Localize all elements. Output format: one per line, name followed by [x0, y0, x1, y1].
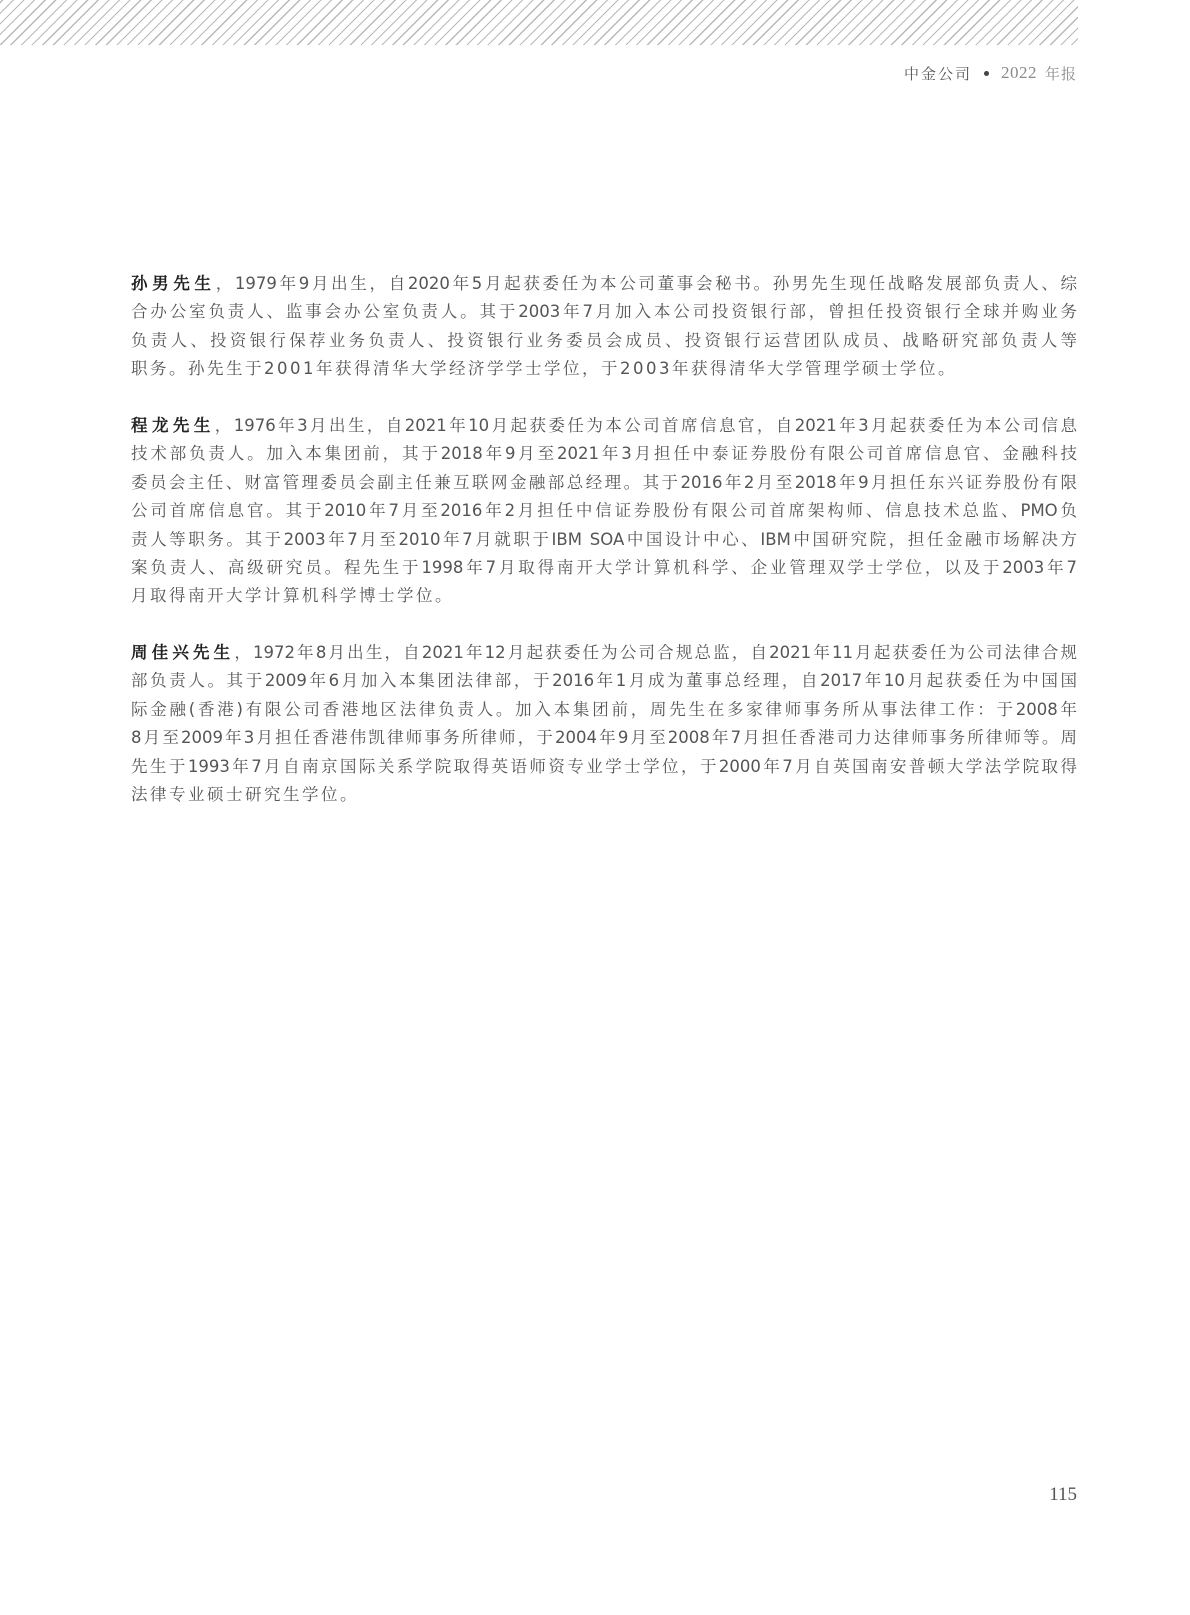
- bio-line: 责人等职务。其于2003年7月至2010年7月就职于IBM SOA中国设计中心、…: [131, 526, 1077, 554]
- header-report-label: 年报: [1045, 63, 1077, 84]
- bio-line: 程龙先生，1976年3月出生，自2021年10月起获委任为本公司首席信息官，自2…: [131, 412, 1077, 440]
- header-company-name: 中金公司: [904, 63, 972, 84]
- page-number: 115: [1049, 1484, 1077, 1506]
- bio-line: 部负责人。其于2009年6月加入本集团法律部，于2016年1月成为董事总经理，自…: [131, 667, 1077, 695]
- bio-line: 法律专业硕士研究生学位。: [131, 781, 1077, 809]
- bio-paragraph-cheng-long: 程龙先生，1976年3月出生，自2021年10月起获委任为本公司首席信息官，自2…: [131, 412, 1077, 611]
- bio-line: 月取得南开大学计算机科学博士学位。: [131, 582, 1077, 610]
- bio-line-text: ，1972年8月出生，自2021年12月起获委任为公司合规总监，自2021年11…: [234, 643, 1077, 662]
- bio-line: 公司首席信息官。其于2010年7月至2016年2月担任中信证券股份有限公司首席架…: [131, 497, 1077, 525]
- running-header: 中金公司 2022 年报: [904, 61, 1077, 85]
- bio-line: 合办公室负责人、监事会办公室负责人。其于2003年7月加入本公司投资银行部，曾担…: [131, 298, 1077, 326]
- bio-line: 8月至2009年3月担任香港伟凯律师事务所律师，于2004年9月至2008年7月…: [131, 724, 1077, 752]
- bio-line: 案负责人、高级研究员。程先生于1998年7月取得南开大学计算机科学、企业管理双学…: [131, 554, 1077, 582]
- bio-name: 孙男先生: [131, 274, 216, 293]
- biographies-section: 孙男先生，1979年9月出生，自2020年5月起获委任为本公司董事会秘书。孙男先…: [131, 270, 1077, 838]
- bio-paragraph-sun-nan: 孙男先生，1979年9月出生，自2020年5月起获委任为本公司董事会秘书。孙男先…: [131, 270, 1077, 384]
- header-report-year: 2022: [1001, 63, 1037, 83]
- bio-line: 周佳兴先生，1972年8月出生，自2021年12月起获委任为公司合规总监，自20…: [131, 639, 1077, 667]
- header-separator-dot-icon: [984, 71, 989, 76]
- bio-line: 先生于1993年7月自南京国际关系学院取得英语师资专业学士学位，于2000年7月…: [131, 753, 1077, 781]
- bio-line-text: ，1976年3月出生，自2021年10月起获委任为本公司首席信息官，自2021年…: [215, 416, 1077, 435]
- bio-line: 际金融(香港)有限公司香港地区法律负责人。加入本集团前，周先生在多家律师事务所从…: [131, 696, 1077, 724]
- bio-line: 委员会主任、财富管理委员会副主任兼互联网金融部总经理。其于2016年2月至201…: [131, 469, 1077, 497]
- bio-name: 程龙先生: [131, 416, 215, 435]
- bio-line: 负责人、投资银行保荐业务负责人、投资银行业务委员会成员、投资银行运营团队成员、战…: [131, 327, 1077, 355]
- bio-line: 职务。孙先生于2001年获得清华大学经济学学士学位，于2003年获得清华大学管理…: [131, 355, 1077, 383]
- bio-line: 技术部负责人。加入本集团前，其于2018年9月至2021年3月担任中泰证券股份有…: [131, 440, 1077, 468]
- decorative-hatch-band: [0, 0, 1078, 45]
- bio-name: 周佳兴先生: [131, 643, 234, 662]
- bio-line-text: ，1979年9月出生，自2020年5月起获委任为本公司董事会秘书。孙男先生现任战…: [216, 274, 1077, 293]
- bio-paragraph-zhou-jiaxing: 周佳兴先生，1972年8月出生，自2021年12月起获委任为公司合规总监，自20…: [131, 639, 1077, 809]
- bio-line: 孙男先生，1979年9月出生，自2020年5月起获委任为本公司董事会秘书。孙男先…: [131, 270, 1077, 298]
